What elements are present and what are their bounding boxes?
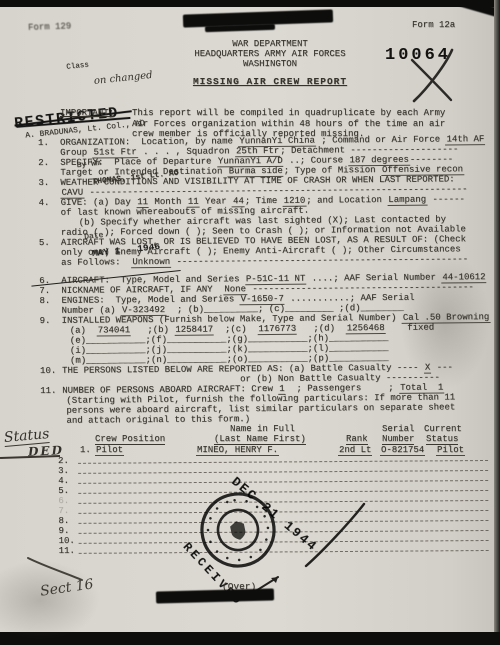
crew-row-number: 2. — [58, 456, 78, 466]
form-entry-value: Unknown — [131, 257, 171, 268]
form-label-text: ;(c) — [214, 324, 257, 334]
crew-row-number: 1. — [80, 445, 91, 455]
scanned-document-page: Form 129 Form 12a WAR DEPARTMENT HEADQUA… — [0, 0, 500, 645]
col-name-top: Name in Full — [230, 424, 295, 434]
form-label-text: ;(b) — [131, 325, 174, 335]
form-entry-value: Lampang — [387, 195, 427, 206]
important-label: IMPORTANT: — [60, 108, 128, 140]
form-line-number: 9. — [40, 316, 62, 326]
form-line-number: 6. — [39, 276, 61, 286]
form-label-text: Group — [60, 148, 92, 158]
form-label-text: ..; Course — [284, 155, 349, 166]
handwritten-check-stroke — [300, 500, 370, 570]
col-crew-position: Crew Position — [95, 434, 165, 445]
scan-edge-top — [0, 0, 500, 7]
crew-row-number: 9. — [58, 526, 78, 536]
form-label-text: ; Time — [245, 196, 283, 206]
form-line-number: 11. — [40, 386, 62, 396]
col-name-bottom: (Last Name First) — [214, 434, 306, 445]
form-label-text: as Follows: — [61, 257, 131, 268]
crew-row-number: 7. — [58, 506, 78, 516]
header-dept: WAR DEPARTMENT — [150, 39, 390, 49]
header-hq: HEADQUARTERS ARMY AIR FORCES — [150, 49, 390, 59]
form-label-text: fixed — [386, 323, 435, 333]
form-label-text: ; and Location — [306, 195, 387, 206]
class-label: Class — [66, 61, 89, 71]
form-body: 1.ORGANIZATION: Location, by name Yunnan… — [38, 134, 492, 426]
page-title: MISSING AIR CREW REPORT — [160, 76, 380, 87]
redaction-bar-top-small — [205, 24, 275, 32]
crew-row-number: 10. — [59, 536, 79, 546]
crew-row-number: 8. — [58, 516, 78, 526]
crew-row-number: 3. — [58, 466, 78, 476]
form-label-text: GIVE: (a) Day — [61, 197, 137, 208]
form-label-text: ; Detachment — [280, 145, 350, 156]
form-line-number: 2. — [38, 158, 60, 168]
form-label-text: (a) — [70, 325, 97, 335]
form-line-number: 5. — [39, 238, 61, 248]
form-number-left: Form 129 — [28, 21, 72, 33]
form-label-text: --- — [431, 362, 453, 372]
col-status-top: Current — [424, 424, 462, 434]
form-line-number: 4. — [39, 198, 61, 208]
form-line-number: 1. — [38, 138, 60, 148]
scan-edge-bottom — [0, 632, 500, 645]
crew-row-number: 4. — [58, 476, 78, 486]
form-label-text: Number (a) — [61, 305, 121, 316]
crew-row-position: Pilot — [95, 445, 124, 456]
redaction-bar-bottom — [156, 588, 274, 603]
col-rank: Rank — [346, 434, 368, 445]
col-status-bottom: Status — [426, 434, 458, 445]
form-number-right: Form 12a — [412, 20, 455, 30]
form-line-number: 7. — [39, 286, 61, 296]
scan-edge-right — [494, 0, 500, 645]
crew-row-number: 11. — [59, 546, 79, 556]
form-label-text: ----------------------------------------… — [171, 254, 468, 267]
crew-row-number: 5. — [58, 486, 78, 496]
handwritten-x-mark — [406, 48, 458, 104]
form-line-number: 10. — [40, 366, 62, 376]
form-label-text: ;(d) — [297, 323, 346, 333]
form-label-text: ------ — [427, 194, 465, 204]
stamp-emblem — [229, 520, 247, 541]
col-serial-top: Serial — [382, 424, 414, 434]
form-line-number: 8. — [39, 296, 61, 306]
handwritten-change-note: on changed — [93, 70, 153, 87]
header-city: WASHINGTON — [150, 59, 390, 69]
form-line-number: 3. — [38, 178, 60, 188]
form-label-text: Year — [200, 196, 232, 206]
document-header: WAR DEPARTMENT HEADQUARTERS ARMY AIR FOR… — [150, 39, 390, 69]
crew-row-number: 6. — [58, 496, 78, 506]
form-label-text: Month — [149, 197, 187, 207]
form-label-text: -------- — [410, 154, 453, 164]
col-serial-bottom: Number — [382, 434, 414, 445]
